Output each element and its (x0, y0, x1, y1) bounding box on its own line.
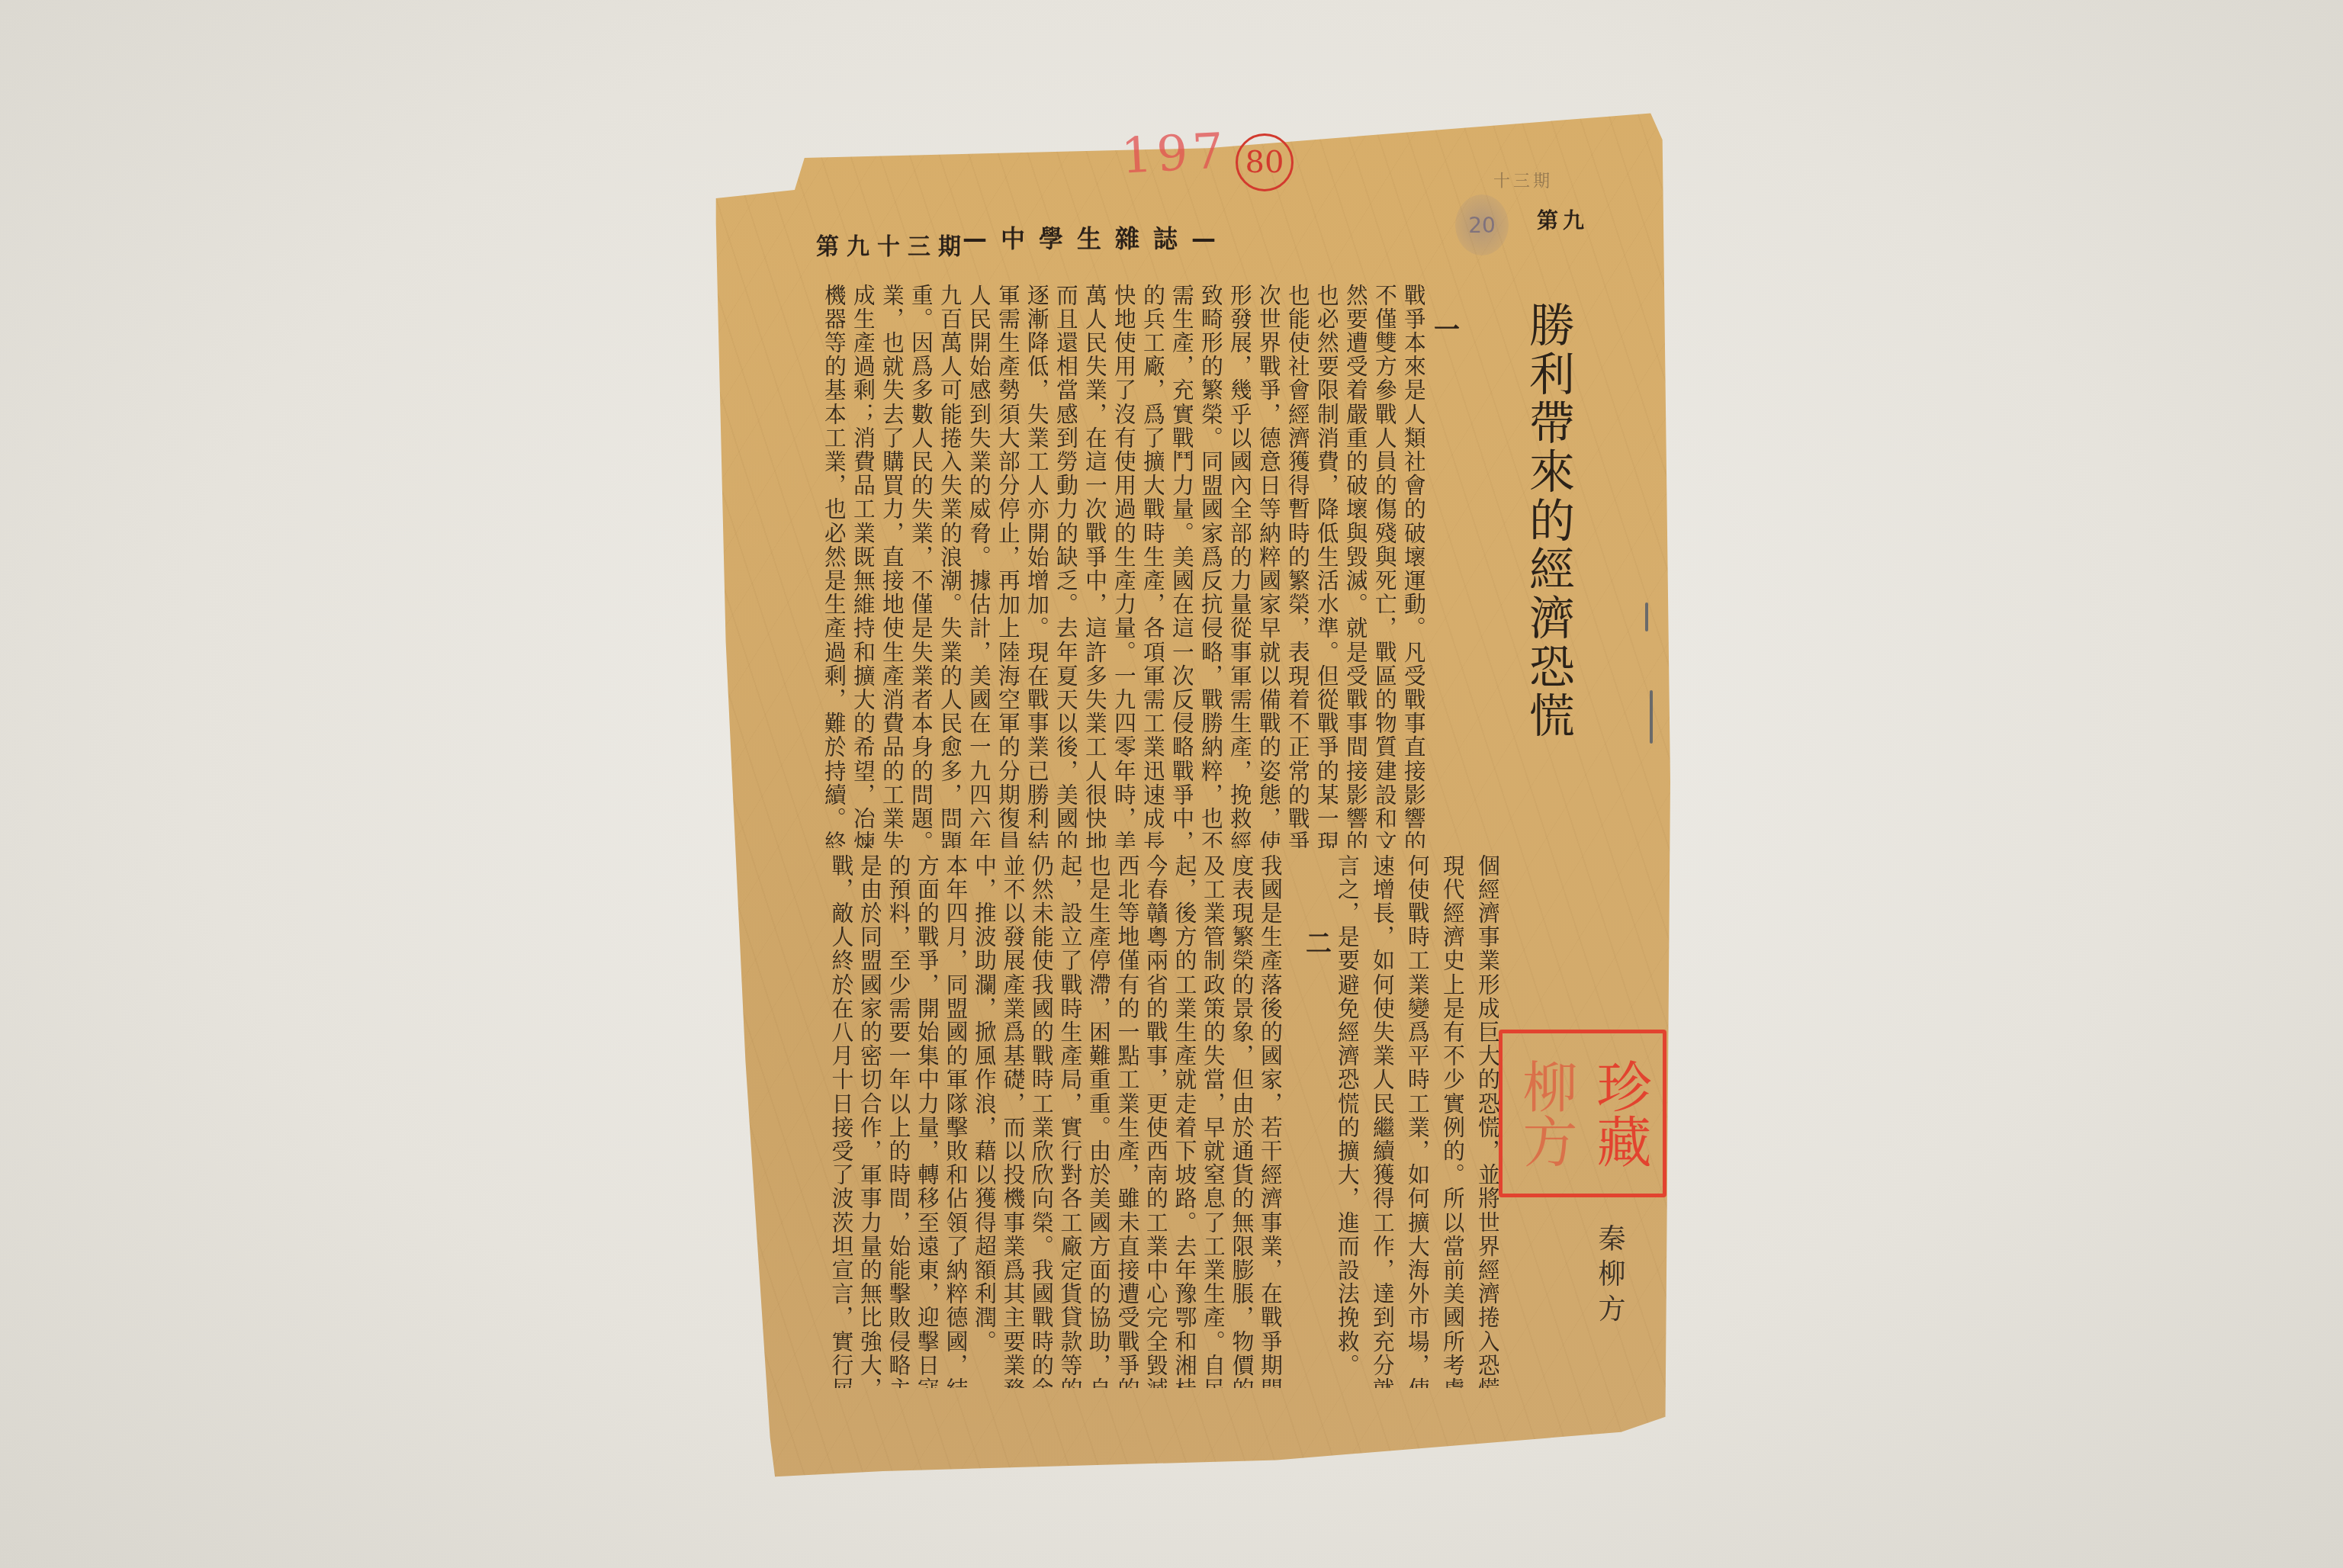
text-column: 度表現繁榮的景象，但由於通貨的無限膨脹，物價的不斷高漲，以 (1224, 854, 1253, 1388)
text-column: 也必然要限制消費，降低生活水準。但從戰爭的某一現象攷察，它 (1309, 284, 1338, 848)
staple-mark (1645, 602, 1648, 631)
text-column: 起，後方的工業生產就走着下坡路。去年豫鄂和湘桂兩戰役，以及 (1167, 854, 1196, 1388)
text-column: 重。因爲多數人民的失業，不僅是失業者本身的問題。他們失了 (903, 284, 932, 848)
text-column: 戰爭本來是人類社會的破壞運動。凡受戰事直接影響的地區， (1396, 284, 1425, 848)
text-column: 軍需生產勢須大部分停止，再加上陸海空軍的分期復員，於是美國 (990, 284, 1019, 848)
text-column: 人民開始感到失業的威脅。據估計，美國在一九四六年，將有一千 (961, 284, 990, 848)
text-column: 是由於同盟國家的密切合作，軍事力量的無比強大，以及蘇聯的參 (853, 854, 882, 1388)
text-column: 次世界戰爭，德意日等納粹國家早就以備戰的姿態，使生產事業畸 (1251, 284, 1280, 848)
text-column: 需生產，充實戰鬥力量。美國在這一次反侵略戰爭中，是民主國家 (1164, 284, 1193, 848)
text-column: 中，推波助瀾，掀風作浪，藉以獲得超額利潤。 (967, 854, 996, 1388)
text-column: 仍然未能使我國的戰時工業欣欣向榮。我國戰時的金融業和商業也 (1024, 854, 1053, 1388)
text-column: 成生產過剩；消費品工業既無維持和擴大的希望，冶煉鋼鐵、製造 (845, 284, 874, 848)
seal-char-right: 柳方 (1510, 1041, 1581, 1186)
text-column: 本年四月，同盟國的軍隊擊敗和佔領了納粹德國，結束了歐洲 (938, 854, 967, 1388)
red-collector-seal: 柳方 珍藏 (1499, 1030, 1666, 1197)
blue-circular-stamp: 20 (1455, 194, 1509, 255)
text-column: 起，設立了戰時生產局，實行對各工廠定貨貸款等的救濟設施，但 (1053, 854, 1082, 1388)
text-column: 個經濟事業形成巨大的恐慌，並將世界經濟捲入恐慌的旋渦。這在 (1464, 854, 1499, 1388)
text-column: 的預料，至少需要一年以上的時間，始能擊敗侵略主義的日本。但 (881, 854, 910, 1388)
text-column: 也能使社會經濟獲得暫時的繁榮，表現着不正常的戰爭景氣。這一 (1280, 284, 1309, 848)
text-column: 速增長，如何使失業人民繼續獲得工作，達到充分就業的目標。易 (1358, 854, 1393, 1388)
staple-mark (1650, 690, 1653, 744)
section-1-continuation-block: 個經濟事業形成巨大的恐慌，並將世界經濟捲入恐慌的旋渦。這在現代經濟史上是有不少實… (1319, 854, 1499, 1388)
text-column: 西北等地僅有的一點工業生產，雖未直接遭受戰爭的破壞影響，但 (1110, 854, 1139, 1388)
section-number-1: 一 (1434, 309, 1460, 346)
seal-char-left: 珍藏 (1584, 1041, 1655, 1186)
text-column: 方面的戰爭，開始集中力量，轉移至遠東，迎擊日寇。當時一般人 (910, 854, 939, 1388)
text-column: 業，也就失去了購買力，直接地使生產消費品的工業失去市場，形 (874, 284, 903, 848)
text-column: 何使戰時工業變爲平時工業，如何擴大海外市場，使平時工業能迅 (1393, 854, 1429, 1388)
bleed-through-volume: 第九 (1537, 204, 1589, 235)
text-column: 然要遭受着嚴重的破壞與毀滅。就是受戰事間接影響的區域，人民 (1338, 284, 1367, 848)
text-column: 致畸形的繁榮。同盟國家爲反抗侵略，戰勝納粹，也不得不擴大軍 (1193, 284, 1222, 848)
text-column: 及工業管制政策的失當，早就窒息了工業生產。自民國三十一年 (1196, 854, 1225, 1388)
text-column: 形發展，幾乎以國內全部的力量從事軍需生產，挽救經濟恐慌，繼 (1222, 284, 1251, 848)
text-column: 言之，是要避免經濟恐慌的擴大，進而設法挽救。 (1323, 854, 1358, 1388)
red-handwritten-number: 197 (1120, 123, 1229, 185)
text-column: 的兵工廠，爲了擴大戰時生產，各項軍需工業迅速成長，同時也很 (1135, 284, 1164, 848)
red-circled-number: 80 (1236, 133, 1294, 191)
text-column: 戰，敵人終於在八月十日接受了波茨坦宣言，實行屈膝投降。可見 (824, 854, 853, 1388)
bleed-through-issue: 十三期 (1493, 168, 1553, 191)
section-1-text-block: 戰爭本來是人類社會的破壞運動。凡受戰事直接影響的地區，不僅雙方參戰人員的傷殘與死… (815, 284, 1425, 848)
text-column: 今春贛粵兩省的戰事，更使西南的工業中心完全毀滅。就是渝昆和 (1139, 854, 1168, 1388)
text-column: 也是生產停滯，困難重重。由於美國方面的協助，自去年十一月 (1082, 854, 1110, 1388)
text-column: 萬人民失業，在這一次戰爭中，這許多失業工人很快地參加生產， (1077, 284, 1106, 848)
magazine-name: —中學生雜誌— (963, 220, 1229, 255)
text-column: 現代經濟史上是有不少實例的。所以當前美國所考慮的問題，是如 (1429, 854, 1464, 1388)
text-column: 而且還相當感到勞動力的缺乏。去年夏天以後，美國的軍需生產已 (1048, 284, 1077, 848)
text-column: 並不以發展產業爲基礎，而以投機事業爲其主要業務，在通貨膨 (995, 854, 1024, 1388)
text-column: 機器等的基本工業，也必然是生產過剩，難於持續。終至國內的盤 (816, 284, 845, 848)
text-column: 九百萬人可能捲入失業的浪潮。失業的人民愈多，問題亦愈爲嚴 (932, 284, 961, 848)
section-2-text-block: 我國是生產落後的國家，若干經濟事業，在戰爭期間，雖會一度表現繁榮的景象，但由於通… (824, 854, 1281, 1388)
author-name: 秦柳方 (1590, 1224, 1629, 1329)
article-title: 勝利帶來的經濟恐慌 (1525, 301, 1571, 741)
text-column: 我國是生產落後的國家，若干經濟事業，在戰爭期間，雖會一 (1253, 854, 1282, 1388)
text-column: 快地使用了沒有使用過的生產力量。一九四零年時，美國約有九百 (1106, 284, 1135, 848)
text-column: 逐漸降低，失業工人亦開始增加。現在戰事業已勝利結束，戰時的 (1019, 284, 1048, 848)
issue-number: 第九十三期 (816, 227, 969, 261)
text-column: 不僅雙方參戰人員的傷殘與死亡，戰區的物質建設和文化建設也必 (1367, 284, 1396, 848)
